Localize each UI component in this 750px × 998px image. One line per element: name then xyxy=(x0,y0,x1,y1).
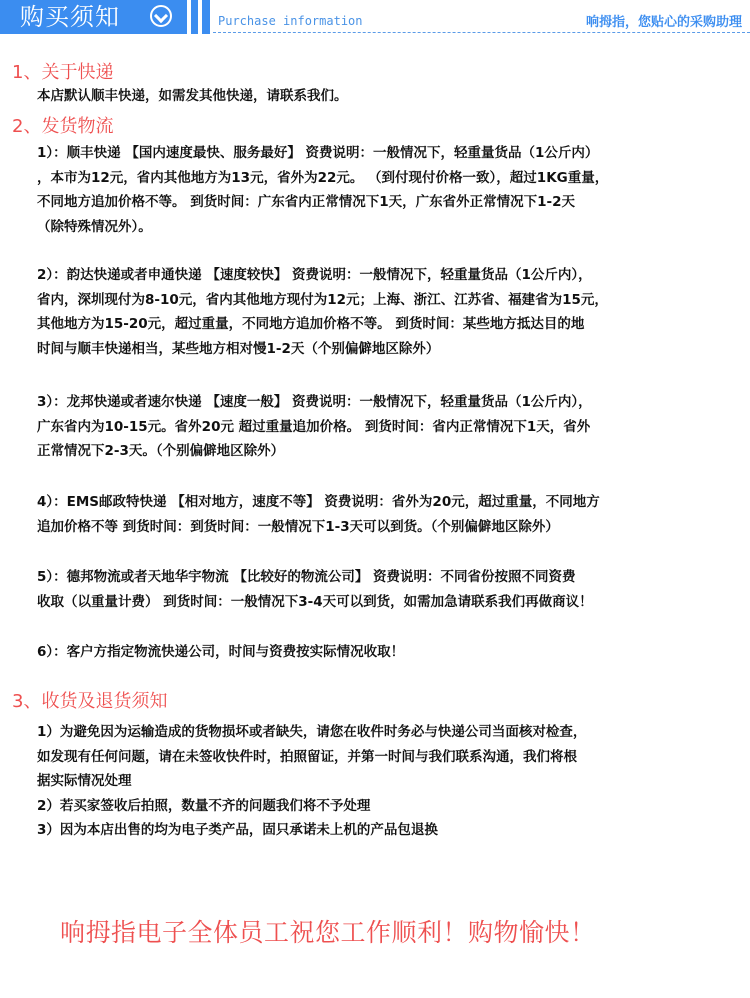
shipping-line: （除特殊情况外）。 xyxy=(37,215,608,240)
decorative-bar xyxy=(191,0,198,34)
footer-greeting: 响拇指电子全体员工祝您工作顺利！购物愉快！ xyxy=(60,913,596,949)
returns-line: 如发现有任何问题，请在未签收快件时，拍照留证，并第一时间与我们联系沟通，我们将根 xyxy=(37,745,586,770)
shipping-line: 2）：韵达快递或者申通快递 【速度较快】 资费说明：一般情况下，轻重量货品（1公… xyxy=(37,263,608,288)
page-title: 购买须知 xyxy=(20,2,120,32)
dashed-divider xyxy=(213,32,750,33)
header-tagline: 响拇指，您贴心的采购助理 xyxy=(586,11,742,30)
shipping-line: 不同地方追加价格不等。 到货时间：广东省内正常情况下1天，广东省外正常情况下1-… xyxy=(37,190,608,215)
header-banner: 购买须知 Purchase information 响拇指，您贴心的采购助理 xyxy=(0,0,750,36)
shipping-line: 1）：顺丰快递 【国内速度最快、服务最好】 资费说明：一般情况下，轻重量货品（1… xyxy=(37,141,608,166)
shipping-line: ，本市为12元，省内其他地方为13元，省外为22元。 （到付现付价格一致），超过… xyxy=(37,166,608,191)
shipping-line: 省内，深圳现付为8-10元，省内其他地方现付为12元；上海、浙江、江苏省、福建省… xyxy=(37,288,608,313)
shipping-line: 广东省内为10-15元。省外20元 超过重量追加价格。 到货时间：省内正常情况下… xyxy=(37,415,592,440)
section-title-shipping: 2、发货物流 xyxy=(12,112,113,138)
shipping-line: 3）：龙邦快递或者速尔快递 【速度一般】 资费说明：一般情况下，轻重量货品（1公… xyxy=(37,390,592,415)
shipping-item-4: 4）：EMS邮政特快递 【相对地方，速度不等】 资费说明：省外为20元，超过重量… xyxy=(37,490,600,539)
shipping-line: 5）：德邦物流或者天地华宇物流 【比较好的物流公司】 资费说明：不同省份按照不同… xyxy=(37,565,593,590)
section-title-courier: 1、关于快递 xyxy=(12,58,113,84)
returns-line: 2）若买家签收后拍照，数量不齐的问题我们将不予处理 xyxy=(37,794,586,819)
returns-line: 3）因为本店出售的均为电子类产品，固只承诺未上机的产品包退换 xyxy=(37,818,586,843)
header-title-block: 购买须知 xyxy=(0,0,187,34)
returns-list: 1）为避免因为运输造成的货物损坏或者缺失，请您在收件时务必与快递公司当面核对检查… xyxy=(37,720,586,843)
shipping-line: 时间与顺丰快递相当，某些地方相对慢1-2天（个别偏僻地区除外） xyxy=(37,337,608,362)
section-title-returns: 3、收货及退货须知 xyxy=(12,687,167,713)
returns-line: 1）为避免因为运输造成的货物损坏或者缺失，请您在收件时务必与快递公司当面核对检查… xyxy=(37,720,586,745)
shipping-line: 4）：EMS邮政特快递 【相对地方，速度不等】 资费说明：省外为20元，超过重量… xyxy=(37,490,600,515)
shipping-item-5: 5）：德邦物流或者天地华宇物流 【比较好的物流公司】 资费说明：不同省份按照不同… xyxy=(37,565,593,614)
shipping-line: 其他地方为15-20元，超过重量，不同地方追加价格不等。 到货时间：某些地方抵达… xyxy=(37,312,608,337)
decorative-bar xyxy=(202,0,210,34)
returns-line: 据实际情况处理 xyxy=(37,769,586,794)
chevron-down-circle-icon xyxy=(150,5,172,27)
shipping-line: 6）：客户方指定物流快递公司，时间与资费按实际情况收取！ xyxy=(37,640,404,665)
section-text-courier: 本店默认顺丰快递，如需发其他快递，请联系我们。 xyxy=(37,84,348,109)
shipping-line: 正常情况下2-3天。（个别偏僻地区除外） xyxy=(37,439,592,464)
shipping-item-3: 3）：龙邦快递或者速尔快递 【速度一般】 资费说明：一般情况下，轻重量货品（1公… xyxy=(37,390,592,464)
shipping-item-1: 1）：顺丰快递 【国内速度最快、服务最好】 资费说明：一般情况下，轻重量货品（1… xyxy=(37,141,608,239)
shipping-item-2: 2）：韵达快递或者申通快递 【速度较快】 资费说明：一般情况下，轻重量货品（1公… xyxy=(37,263,608,361)
header-subtitle: Purchase information xyxy=(218,14,363,28)
shipping-item-6: 6）：客户方指定物流快递公司，时间与资费按实际情况收取！ xyxy=(37,640,404,665)
shipping-line: 收取（以重量计费） 到货时间：一般情况下3-4天可以到货，如需加急请联系我们再做… xyxy=(37,590,593,615)
shipping-line: 追加价格不等 到货时间：到货时间：一般情况下1-3天可以到货。（个别偏僻地区除外… xyxy=(37,515,600,540)
